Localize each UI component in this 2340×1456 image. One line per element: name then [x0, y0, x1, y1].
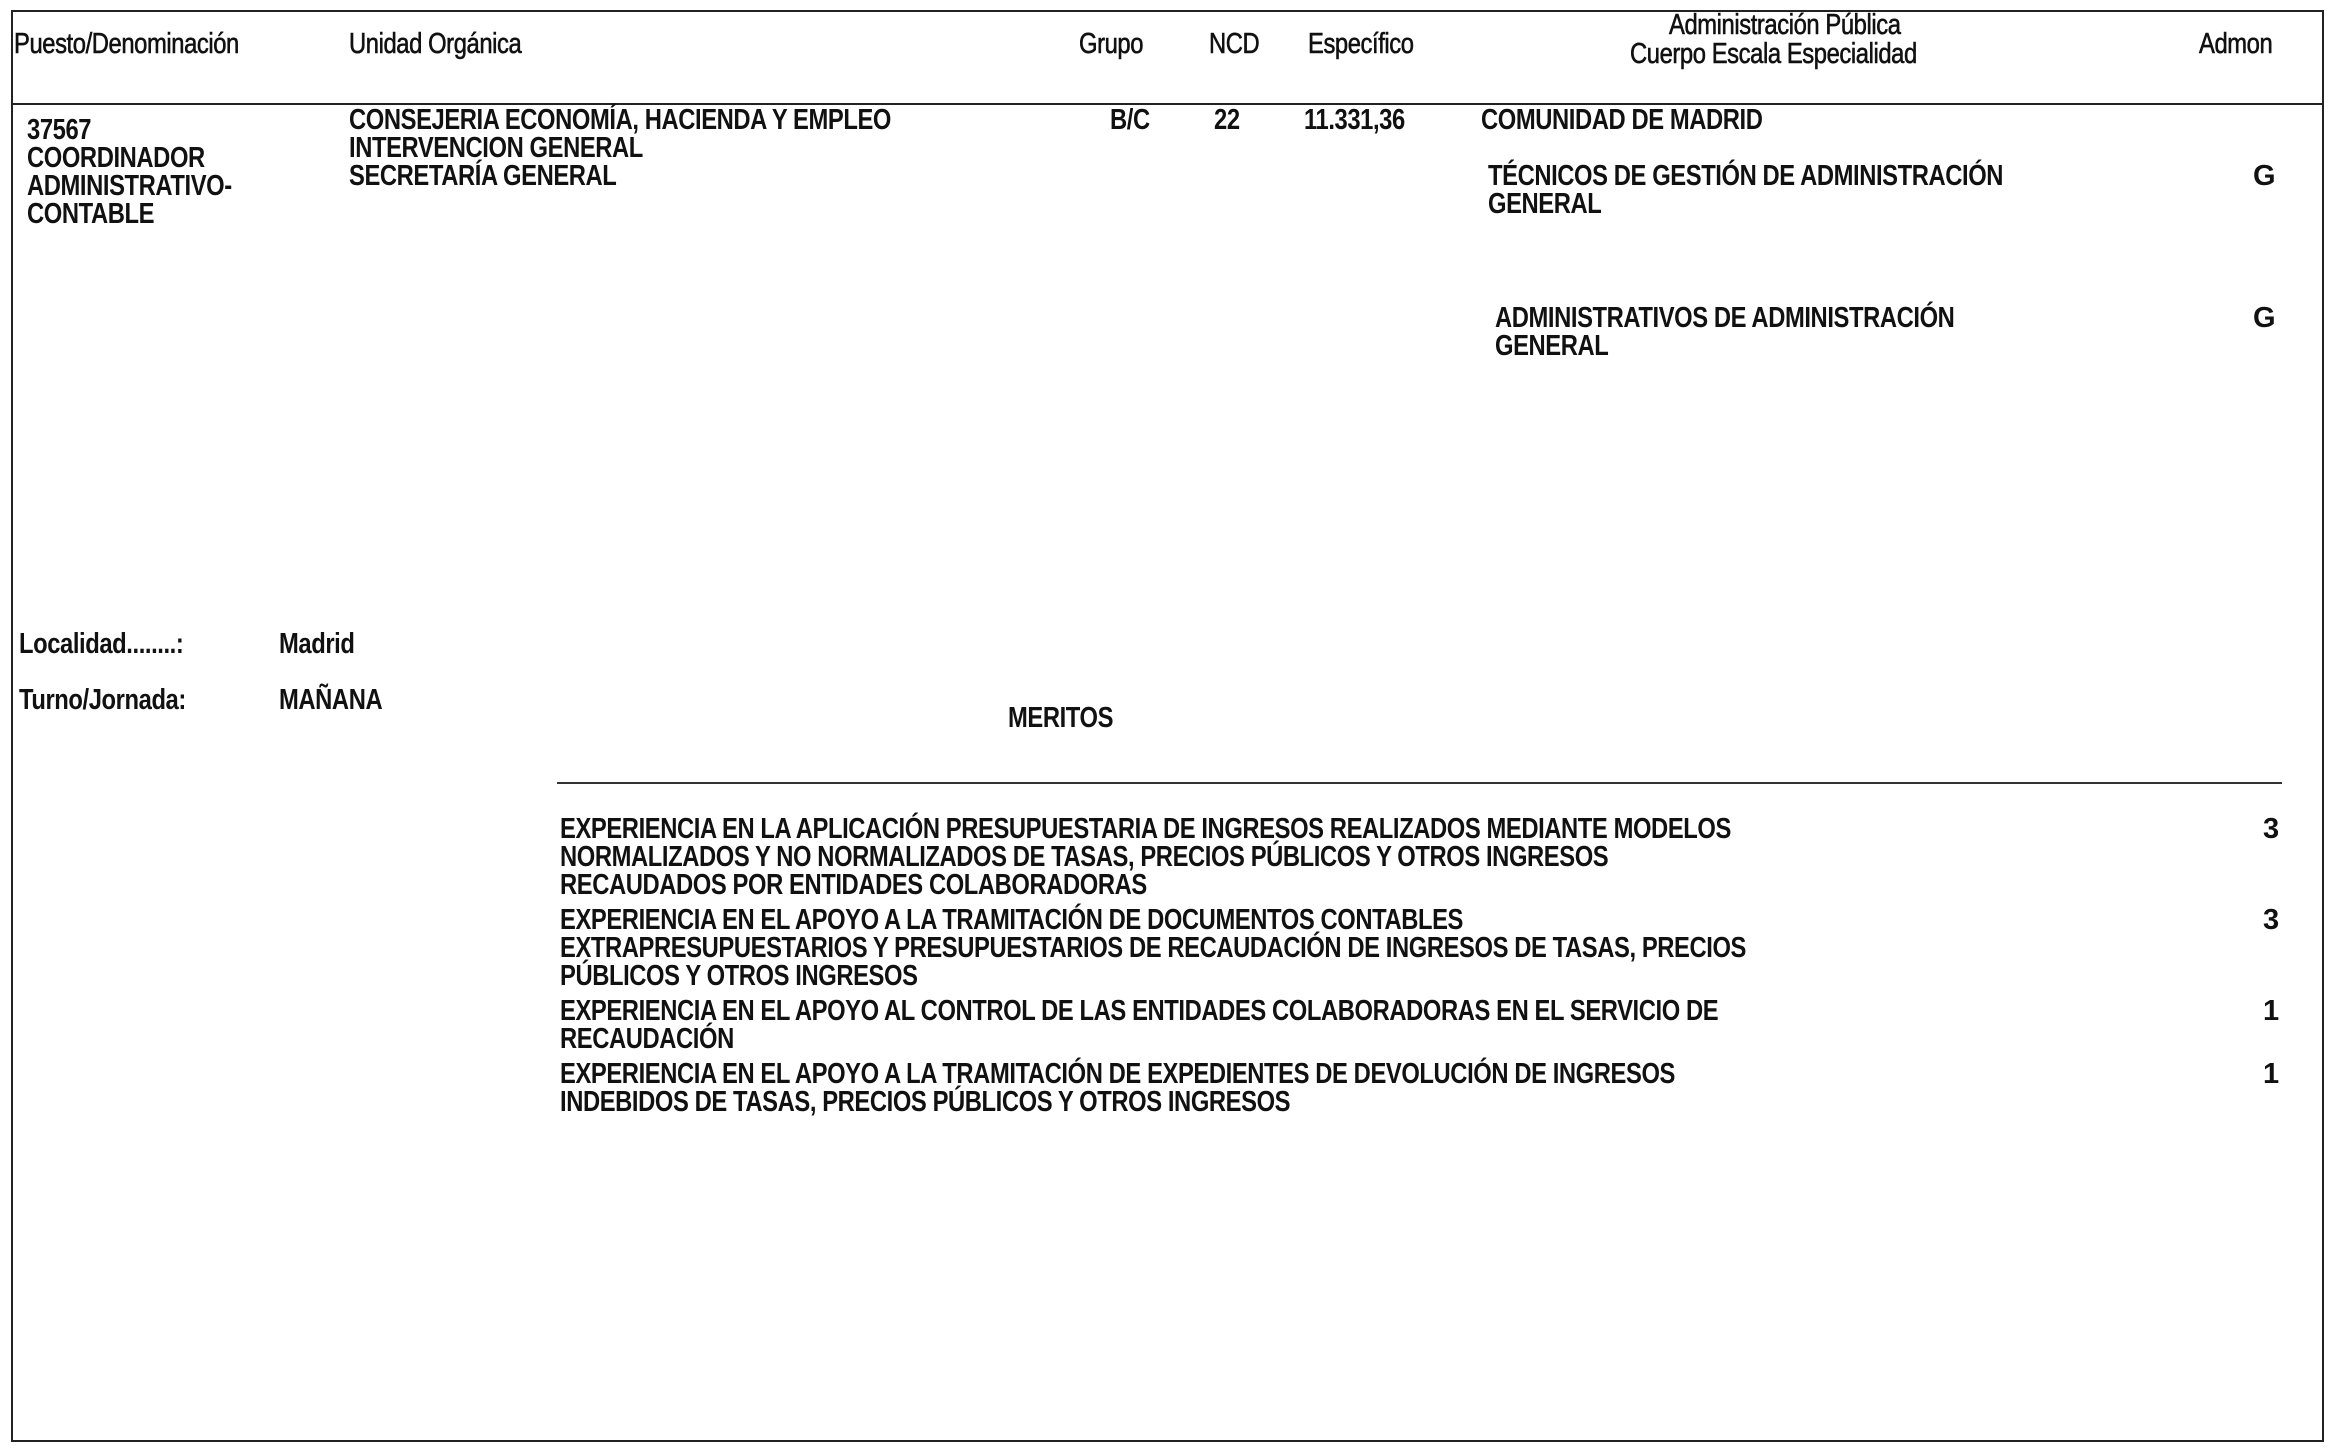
meritos-divider [557, 782, 2282, 784]
merito-3-line-1: EXPERIENCIA EN EL APOYO AL CONTROL DE LA… [560, 997, 1718, 1025]
puesto-codigo: 37567 [27, 116, 232, 144]
merito-2-line-3: PÚBLICOS Y OTROS INGRESOS [560, 962, 1746, 990]
header-admin-publica: Administración Pública [1669, 11, 1901, 39]
merito-2-points: 3 [2263, 906, 2279, 934]
unidad-cell: CONSEJERIA ECONOMÍA, HACIENDA Y EMPLEO I… [349, 106, 891, 190]
grupo-value: B/C [1110, 106, 1150, 134]
merito-3-line-2: RECAUDACIÓN [560, 1025, 1718, 1053]
merito-3: EXPERIENCIA EN EL APOYO AL CONTROL DE LA… [560, 997, 1718, 1053]
unidad-line-2: INTERVENCION GENERAL [349, 134, 891, 162]
merito-4-line-1: EXPERIENCIA EN EL APOYO A LA TRAMITACIÓN… [560, 1060, 1675, 1088]
merito-2: EXPERIENCIA EN EL APOYO A LA TRAMITACIÓN… [560, 906, 1746, 990]
cuerpo-2-line-1: ADMINISTRATIVOS DE ADMINISTRACIÓN [1495, 304, 1954, 332]
merito-1-line-1: EXPERIENCIA EN LA APLICACIÓN PRESUPUESTA… [560, 815, 1731, 843]
merito-1-line-3: RECAUDADOS POR ENTIDADES COLABORADORAS [560, 871, 1731, 899]
merito-4: EXPERIENCIA EN EL APOYO A LA TRAMITACIÓN… [560, 1060, 1675, 1116]
header-puesto: Puesto/Denominación [14, 30, 239, 58]
header-ncd: NCD [1209, 30, 1259, 58]
cuerpo-1-admon: G [2253, 162, 2276, 190]
unidad-line-1: CONSEJERIA ECONOMÍA, HACIENDA Y EMPLEO [349, 106, 891, 134]
cuerpo-2: ADMINISTRATIVOS DE ADMINISTRACIÓN GENERA… [1495, 304, 1954, 360]
localidad-value: Madrid [279, 630, 354, 658]
puesto-denominacion-2: ADMINISTRATIVO- [27, 172, 232, 200]
unidad-line-3: SECRETARÍA GENERAL [349, 162, 891, 190]
cuerpo-2-line-2: GENERAL [1495, 332, 1954, 360]
cuerpo-2-admon: G [2253, 304, 2276, 332]
merito-3-points: 1 [2263, 997, 2279, 1025]
especifico-value: 11.331,36 [1304, 106, 1405, 134]
cuerpo-1: TÉCNICOS DE GESTIÓN DE ADMINISTRACIÓN GE… [1488, 162, 2003, 218]
turno-label: Turno/Jornada: [19, 686, 186, 714]
cuerpo-1-line-2: GENERAL [1488, 190, 2003, 218]
header-admon: Admon [2199, 30, 2272, 58]
merito-4-line-2: INDEBIDOS DE TASAS, PRECIOS PÚBLICOS Y O… [560, 1088, 1675, 1116]
localidad-label: Localidad........: [19, 630, 183, 658]
merito-1: EXPERIENCIA EN LA APLICACIÓN PRESUPUESTA… [560, 815, 1731, 899]
header-grupo: Grupo [1079, 30, 1143, 58]
puesto-cell: 37567 COORDINADOR ADMINISTRATIVO- CONTAB… [27, 116, 232, 228]
header-cuerpo-escala: Cuerpo Escala Especialidad [1630, 40, 1917, 68]
document-frame [11, 10, 2324, 1442]
cuerpo-1-line-1: TÉCNICOS DE GESTIÓN DE ADMINISTRACIÓN [1488, 162, 2003, 190]
header-especifico: Específico [1308, 30, 1414, 58]
puesto-denominacion-1: COORDINADOR [27, 144, 232, 172]
merito-2-line-1: EXPERIENCIA EN EL APOYO A LA TRAMITACIÓN… [560, 906, 1746, 934]
turno-value: MAÑANA [279, 686, 382, 714]
merito-1-points: 3 [2263, 815, 2279, 843]
ncd-value: 22 [1214, 106, 1240, 134]
administracion-value: COMUNIDAD DE MADRID [1481, 106, 1763, 134]
merito-4-points: 1 [2263, 1060, 2279, 1088]
meritos-title: MERITOS [1008, 704, 1113, 732]
merito-2-line-2: EXTRAPRESUPUESTARIOS Y PRESUPUESTARIOS D… [560, 934, 1746, 962]
header-unidad: Unidad Orgánica [349, 30, 521, 58]
puesto-denominacion-3: CONTABLE [27, 200, 232, 228]
merito-1-line-2: NORMALIZADOS Y NO NORMALIZADOS DE TASAS,… [560, 843, 1731, 871]
